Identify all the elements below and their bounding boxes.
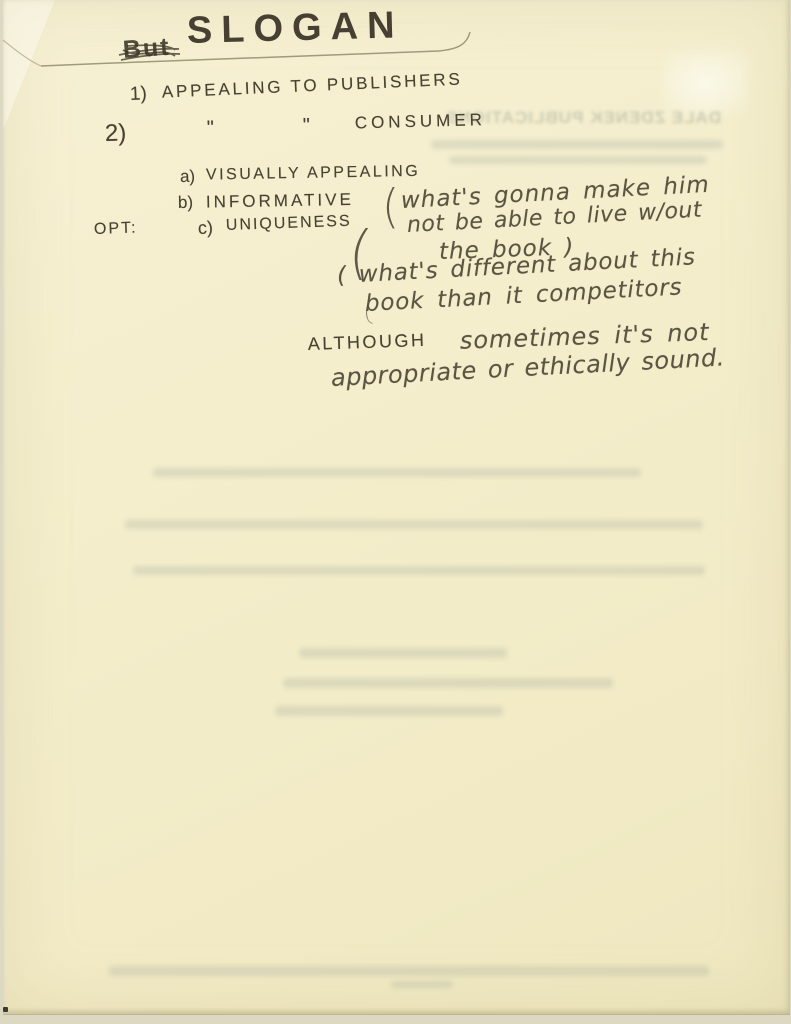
ghost-logo: [663, 50, 747, 114]
list-marker: 1): [129, 83, 147, 106]
ghost-line: [431, 140, 723, 149]
list-marker: a): [180, 167, 195, 187]
ghost-line: [275, 706, 503, 716]
list-item-text: UNIQUENESS: [226, 213, 352, 235]
ghost-line: [391, 981, 453, 988]
opt-label: OPT:: [94, 219, 138, 239]
ghost-line: [109, 966, 709, 976]
edge-speck: [3, 1007, 8, 1012]
page-title: SLOGAN: [186, 4, 404, 53]
sub-item-a: a) VISUALLY APPEALING: [180, 162, 480, 189]
list-item-text: CONSUMER: [355, 110, 487, 133]
ghost-line: [133, 566, 705, 575]
list-marker: c): [198, 217, 214, 239]
list-marker: b): [178, 193, 193, 213]
crossed-out-word: But: [122, 33, 172, 65]
list-item-text: INFORMATIVE: [206, 190, 354, 213]
scanned-note-page: { "document": { "paper_color": "#f4eecd"…: [0, 0, 791, 1024]
closing-caps: ALTHOUGH: [307, 330, 426, 355]
list-marker: 2): [105, 119, 127, 148]
ghost-line: [283, 678, 613, 688]
ghost-line: [449, 156, 707, 164]
list-item-text: APPEALING TO PUBLISHERS: [161, 69, 463, 102]
ditto-mark: ": [207, 117, 215, 140]
list-item-1: 1) APPEALING TO PUBLISHERS: [129, 68, 490, 108]
paper: DALE ZDENEK PUBLICATIONS But SLOGAN 1) A…: [3, 0, 790, 1015]
ghost-line: [125, 520, 703, 529]
ditto-mark: ": [303, 115, 311, 138]
ghost-line: [299, 648, 507, 658]
pencil-marks-overlay: [3, 0, 791, 1024]
corner-fold: [3, 0, 55, 130]
ghost-line: [153, 468, 641, 477]
